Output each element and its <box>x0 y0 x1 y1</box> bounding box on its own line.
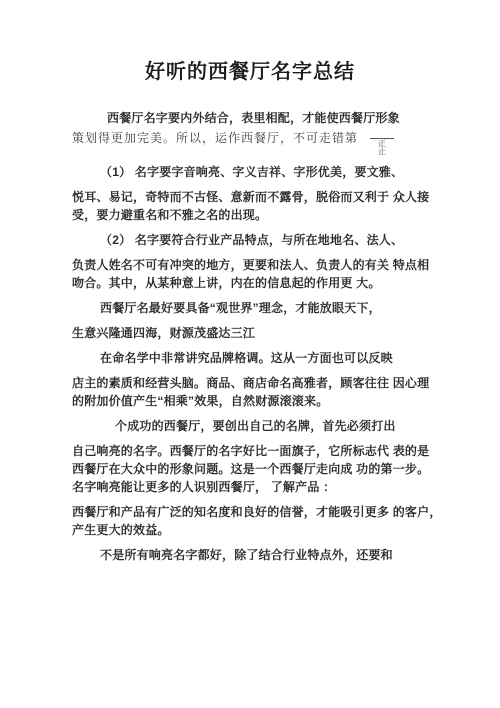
text-line: 店主的素质和经营头脑。商品、商店命名高雅者，顾客往往 因心理 <box>72 374 470 392</box>
text-line: 产生更大的效益。 <box>72 521 470 539</box>
text-line: 悦耳、易记，奇特而不古怪、意新而不露骨，脱俗而又利于 众人接 <box>72 188 470 206</box>
text-line: 西餐厅名字要内外结合，表里相配，才能使西餐厅形象 <box>72 108 470 128</box>
paragraph: 负责人姓名不可有冲突的地方，更要和法人、负责人的有关 特点相 吻合。其中，从某种… <box>72 256 470 292</box>
formula-fragment: 正止 <box>370 138 394 156</box>
paragraph: 生意兴隆通四海，财源茂盛达三江 <box>72 324 470 342</box>
text-line: 受，要力避重名和不雅之名的出现。 <box>72 206 470 224</box>
paragraph: 自己响亮的名字。西餐厅的名字好比一面旗子，它所标志代 表的是 西餐厅在大众中的形… <box>72 442 470 496</box>
text-line: 西餐厅在大众中的形象问题。这是一个西餐厅走向成 功的第一步。 <box>72 460 470 478</box>
text-line: 在命名学中非常讲究品牌格调。这从一方面也可以反映 <box>72 349 470 367</box>
text-line-text: 策划得更加完美。所以，运作西餐厅，不可走错第 <box>72 131 358 145</box>
text-line: 自己响亮的名字。西餐厅的名字好比一面旗子，它所标志代 表的是 <box>72 442 470 460</box>
paragraph: （1） 名字要字音响亮、字义吉祥、字形优美，要文雅、 <box>72 163 470 181</box>
paragraph: 西餐厅和产品有广泛的知名度和良好的信誉，才能吸引更多 的客户， 产生更大的效益。 <box>72 503 470 539</box>
paragraph: 西餐厅名字要内外结合，表里相配，才能使西餐厅形象 策划得更加完美。所以，运作西餐… <box>72 108 470 156</box>
paragraph: 西餐厅名最好要具备“观世界”理念，才能放眼天下， <box>72 299 470 317</box>
text-line: 个成功的西餐厅，要创出自己的名牌，首先必须打出 <box>72 417 470 435</box>
text-line: 的附加价值产生“相乘”效果，自然财源滚滚来。 <box>72 392 470 410</box>
paragraph: 店主的素质和经营头脑。商品、商店命名高雅者，顾客往往 因心理 的附加价值产生“相… <box>72 374 470 410</box>
text-line: 生意兴隆通四海，财源茂盛达三江 <box>72 324 470 342</box>
paragraph: （2） 名字要符合行业产品特点，与所在地地名、法人、 <box>72 231 470 249</box>
text-line: 西餐厅名最好要具备“观世界”理念，才能放眼天下， <box>72 299 470 317</box>
paragraph: 在命名学中非常讲究品牌格调。这从一方面也可以反映 <box>72 349 470 367</box>
text-line: 策划得更加完美。所以，运作西餐厅，不可走错第正止 <box>72 128 470 156</box>
text-line: （1） 名字要字音响亮、字义吉祥、字形优美，要文雅、 <box>72 163 470 181</box>
text-line: 吻合。其中，从某种意上讲，内在的信息起的作用更 大。 <box>72 274 470 292</box>
text-line: 名字响亮能让更多的人识别西餐厅， 了解产品 ： <box>72 478 470 496</box>
text-line: 不是所有响亮名字都好，除了结合行业特点外，还要和 <box>72 546 470 564</box>
document-page: 好听的西餐厅名字总结 西餐厅名字要内外结合，表里相配，才能使西餐厅形象 策划得更… <box>0 0 500 708</box>
text-line: 负责人姓名不可有冲突的地方，更要和法人、负责人的有关 特点相 <box>72 256 470 274</box>
paragraph: 悦耳、易记，奇特而不古怪、意新而不露骨，脱俗而又利于 众人接 受，要力避重名和不… <box>72 188 470 224</box>
paragraph: 个成功的西餐厅，要创出自己的名牌，首先必须打出 <box>72 417 470 435</box>
page-title: 好听的西餐厅名字总结 <box>0 58 500 86</box>
document-content: 西餐厅名字要内外结合，表里相配，才能使西餐厅形象 策划得更加完美。所以，运作西餐… <box>0 108 500 564</box>
formula-bottom: 止 <box>378 148 386 156</box>
text-line: （2） 名字要符合行业产品特点，与所在地地名、法人、 <box>72 231 470 249</box>
text-line: 西餐厅和产品有广泛的知名度和良好的信誉，才能吸引更多 的客户， <box>72 503 470 521</box>
paragraph: 不是所有响亮名字都好，除了结合行业特点外，还要和 <box>72 546 470 564</box>
